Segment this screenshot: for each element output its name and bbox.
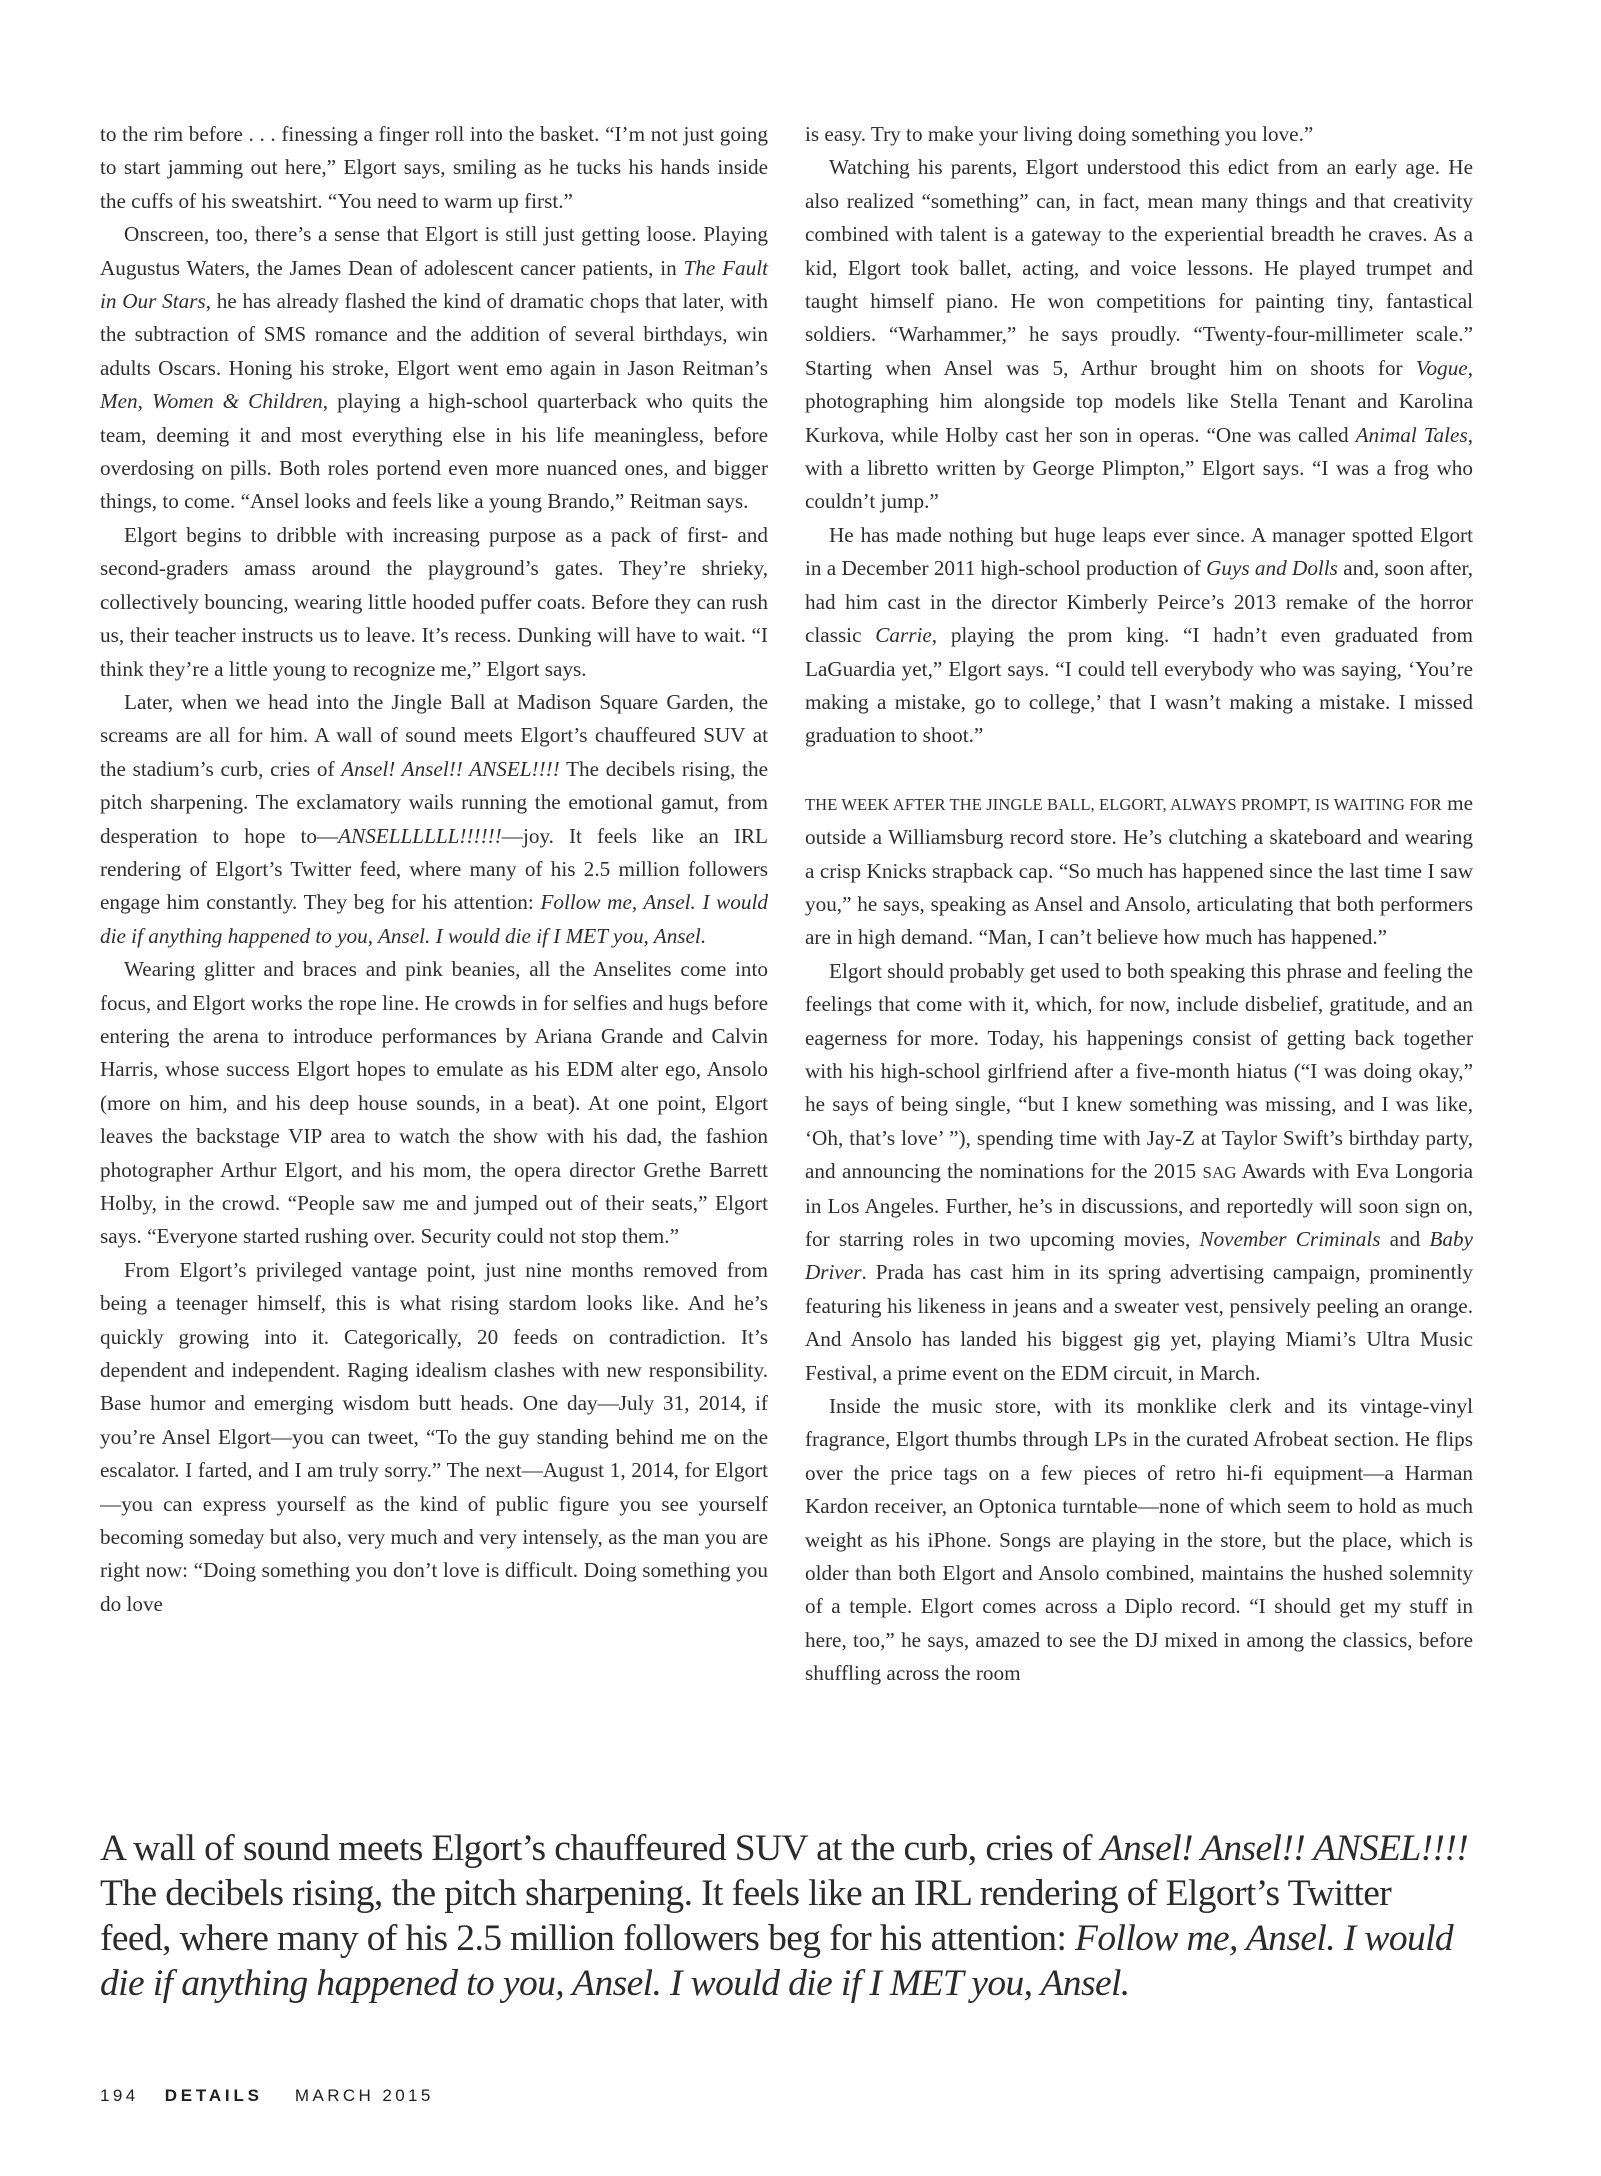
page-footer: 194 DETAILS MARCH 2015	[100, 2086, 434, 2106]
text-run: Onscreen, too, there’s a sense that Elgo…	[100, 222, 768, 279]
paragraph: Elgort should probably get used to both …	[805, 955, 1473, 1390]
page-number: 194	[100, 2086, 139, 2105]
italic-title: Ansel! Ansel!! ANSEL!!!!	[341, 757, 560, 781]
italic-title: Men, Women & Children	[100, 389, 323, 413]
acronym: SAG	[1203, 1163, 1237, 1182]
text-run: Elgort should probably get used to both …	[805, 959, 1473, 1183]
paragraph: Inside the music store, with its monklik…	[805, 1390, 1473, 1691]
italic-title: November Criminals	[1199, 1227, 1380, 1251]
text-run: Wearing glitter and braces and pink bean…	[100, 957, 768, 1248]
pull-quote: A wall of sound meets Elgort’s chauffeur…	[100, 1826, 1470, 2006]
section-opening-paragraph: THE WEEK AFTER THE JINGLE BALL, ELGORT, …	[805, 787, 1473, 955]
article-column-left: to the rim before . . . finessing a fing…	[100, 118, 768, 1621]
paragraph: Wearing glitter and braces and pink bean…	[100, 953, 768, 1254]
paragraph: Onscreen, too, there’s a sense that Elgo…	[100, 218, 768, 519]
text-run: me outside a Williamsburg record store. …	[805, 791, 1473, 950]
continued-paragraph: is easy. Try to make your living doing s…	[805, 118, 1473, 151]
text-run: to the rim before . . . finessing a fing…	[100, 122, 768, 213]
text-run: Inside the music store, with its monklik…	[805, 1394, 1473, 1685]
section-lead-in: THE WEEK AFTER THE JINGLE BALL, ELGORT, …	[805, 795, 1442, 814]
article-column-right: is easy. Try to make your living doing s…	[805, 118, 1473, 1691]
paragraph: Later, when we head into the Jingle Ball…	[100, 686, 768, 953]
paragraph: He has made nothing but huge leaps ever …	[805, 519, 1473, 753]
italic-title: Carrie	[875, 623, 932, 647]
italic-title: Animal Tales	[1356, 423, 1468, 447]
text-run: From Elgort’s privileged vantage point, …	[100, 1258, 768, 1616]
paragraph: From Elgort’s privileged vantage point, …	[100, 1254, 768, 1621]
italic-title: ANSELLLLLL!!!!!!	[338, 824, 502, 848]
text-run: Elgort begins to dribble with increasing…	[100, 523, 768, 681]
text-run: is easy. Try to make your living doing s…	[805, 122, 1313, 146]
paragraph: Elgort begins to dribble with increasing…	[100, 519, 768, 686]
magazine-page: to the rim before . . . finessing a fing…	[0, 0, 1601, 2176]
continued-paragraph: to the rim before . . . finessing a fing…	[100, 118, 768, 218]
italic-title: Ansel! Ansel!! ANSEL!!!!	[1101, 1828, 1468, 1869]
paragraph: Watching his parents, Elgort understood …	[805, 151, 1473, 518]
magazine-name: DETAILS	[165, 2086, 263, 2105]
issue-date: MARCH 2015	[295, 2086, 434, 2105]
text-run: Watching his parents, Elgort understood …	[805, 155, 1473, 379]
italic-title: Guys and Dolls	[1206, 556, 1338, 580]
text-run: . Prada has cast him in its spring adver…	[805, 1260, 1473, 1384]
italic-title: Vogue	[1416, 356, 1468, 380]
text-run: A wall of sound meets Elgort’s chauffeur…	[100, 1828, 1101, 1869]
text-run: and	[1380, 1227, 1429, 1251]
